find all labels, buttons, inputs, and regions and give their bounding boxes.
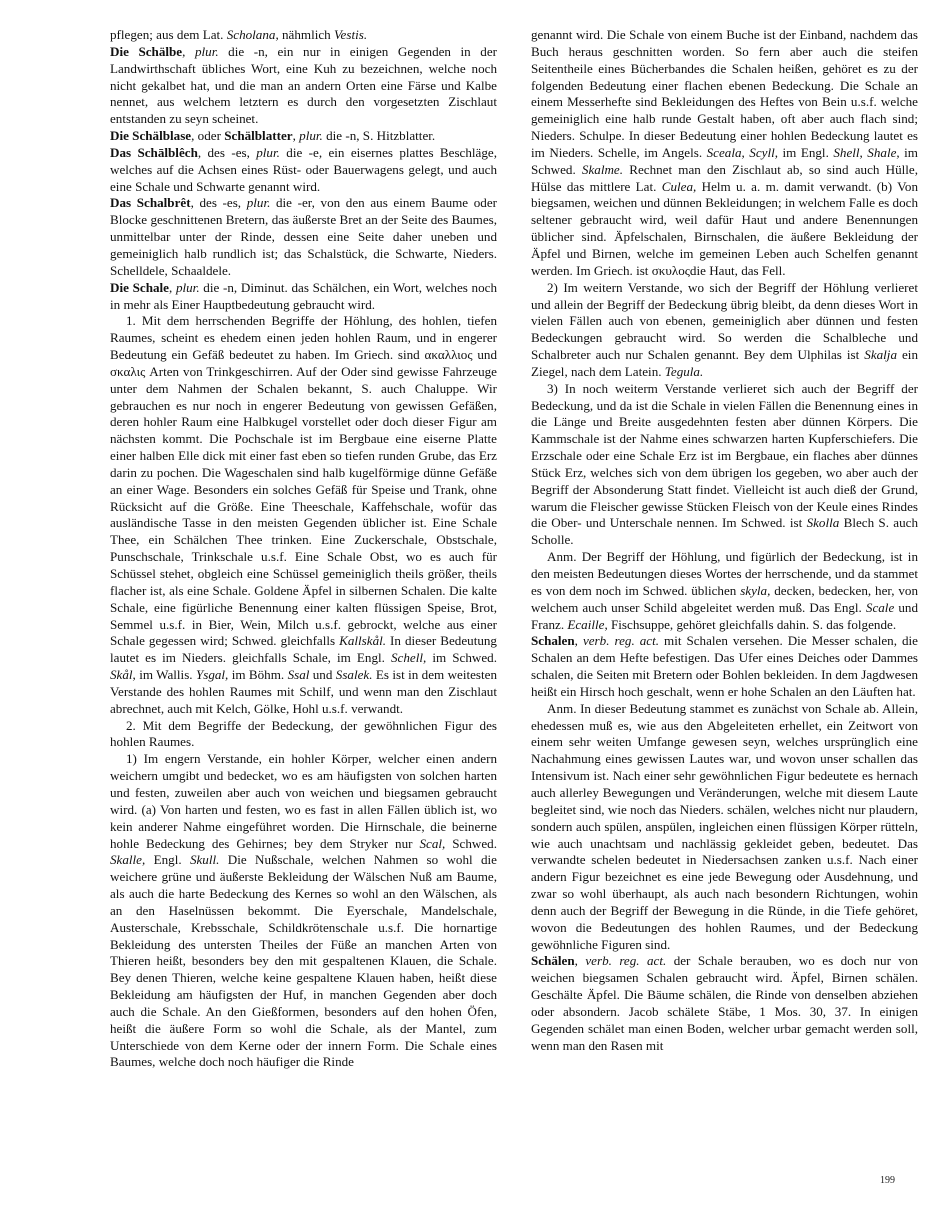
italic-term: Skalle,: [110, 852, 145, 867]
text-run: Fischsuppe, gehöret gleichfalls dahin. S…: [608, 617, 896, 632]
text-run: , des -es,: [198, 145, 256, 160]
dictionary-entry: Schälen, verb. reg. act. der Schale bera…: [531, 953, 918, 1054]
headword: Schalen: [531, 633, 575, 648]
italic-term: Ssalek.: [336, 667, 373, 682]
indented-paragraph: 3) In noch weiterm Verstande verlieret s…: [531, 381, 918, 549]
italic-term: verb. reg. act.: [585, 953, 666, 968]
italic-term: Kallskål.: [339, 633, 386, 648]
dictionary-entry: Die Schale, plur. die -n, Diminut. das S…: [110, 280, 497, 314]
text-run: 3) In noch weiterm Verstande verlieret s…: [531, 381, 918, 531]
text-run: im Böhm.: [228, 667, 287, 682]
text-run: ,: [182, 44, 195, 59]
text-run: nähmlich: [279, 27, 334, 42]
italic-term: Scale: [866, 600, 894, 615]
text-run: ,: [575, 953, 586, 968]
italic-term: skyla,: [740, 583, 770, 598]
headword: Das Schālblêch: [110, 145, 198, 160]
italic-term: Skalja: [864, 347, 897, 362]
italic-term: Ecaille,: [567, 617, 607, 632]
left-column: pflegen; aus dem Lat. Scholana, nähmlich…: [110, 27, 497, 1071]
italic-term: plur.: [247, 195, 271, 210]
indented-paragraph: Anm. Der Begriff der Höhlung, und figürl…: [531, 549, 918, 633]
italic-term: plur.: [195, 44, 219, 59]
headword: Schälblatter: [224, 128, 292, 143]
text-run: genannt wird. Die Schale von einem Buche…: [531, 27, 918, 160]
italic-term: Ssal: [288, 667, 310, 682]
dictionary-page: pflegen; aus dem Lat. Scholana, nähmlich…: [110, 27, 918, 1071]
italic-term: Vestis.: [334, 27, 367, 42]
italic-term: plur.: [176, 280, 200, 295]
text-run: ,: [575, 633, 583, 648]
italic-term: Skål,: [110, 667, 136, 682]
italic-term: Ysgal,: [196, 667, 228, 682]
italic-term: Schell,: [391, 650, 426, 665]
indented-paragraph: 2. Mit dem Begriffe der Bedeckung, der g…: [110, 718, 497, 752]
text-run: Schwed.: [445, 836, 497, 851]
indented-paragraph: 1) Im engern Verstande, ein hohler Körpe…: [110, 751, 497, 1071]
text-run: im Engl.: [778, 145, 833, 160]
dictionary-entry: Schalen, verb. reg. act. mit Schalen ver…: [531, 633, 918, 700]
dictionary-entry: Das Schālblêch, des -es, plur. die -e, e…: [110, 145, 497, 196]
indented-paragraph: 2) Im weitern Verstande, wo sich der Beg…: [531, 280, 918, 381]
page-number: 199: [880, 1175, 895, 1186]
headword: Die Schale: [110, 280, 169, 295]
text-run: 2) Im weitern Verstande, wo sich der Beg…: [531, 280, 918, 362]
italic-term: Tegula.: [665, 364, 703, 379]
headword: Die Schälbe: [110, 44, 182, 59]
italic-term: verb. reg. act.: [583, 633, 659, 648]
continued-paragraph: genannt wird. Die Schale von einem Buche…: [531, 27, 918, 280]
italic-term: Scholana,: [227, 27, 279, 42]
text-run: ,: [169, 280, 176, 295]
headword: Das Schalbrêt: [110, 195, 191, 210]
dictionary-entry: Die Schälblase, oder Schälblatter, plur.…: [110, 128, 497, 145]
italic-term: Culea,: [662, 179, 697, 194]
text-run: Engl.: [145, 852, 190, 867]
text-run: , oder: [191, 128, 224, 143]
italic-term: plur.: [256, 145, 280, 160]
continued-paragraph: pflegen; aus dem Lat. Scholana, nähmlich…: [110, 27, 497, 44]
italic-term: Sceala, Scyll,: [707, 145, 778, 160]
text-run: Anm. In dieser Bedeutung stammet es zunä…: [531, 701, 918, 952]
indented-paragraph: 1. Mit dem herrschenden Begriffe der Höh…: [110, 313, 497, 717]
text-run: 2. Mit dem Begriffe der Bedeckung, der g…: [110, 718, 497, 750]
text-run: 1. Mit dem herrschenden Begriffe der Höh…: [110, 313, 497, 648]
italic-term: Skalme.: [582, 162, 623, 177]
italic-term: Shell, Shale,: [833, 145, 899, 160]
text-run: im Wallis.: [136, 667, 196, 682]
dictionary-entry: Die Schälbe, plur. die -n, ein nur in ei…: [110, 44, 497, 128]
headword: Die Schälblase: [110, 128, 191, 143]
dictionary-entry: Das Schalbrêt, des -es, plur. die -er, v…: [110, 195, 497, 279]
italic-term: plur.: [299, 128, 323, 143]
right-column: genannt wird. Die Schale von einem Buche…: [531, 27, 918, 1071]
italic-term: Scal,: [419, 836, 445, 851]
text-run: im Schwed.: [426, 650, 497, 665]
italic-term: Skolla: [807, 515, 840, 530]
text-run: pflegen; aus dem Lat.: [110, 27, 227, 42]
headword: Schälen: [531, 953, 575, 968]
text-run: die -n, S. Hitzblatter.: [323, 128, 435, 143]
text-run: Die Nußschale, welchen Nahmen so wohl di…: [110, 852, 497, 1069]
text-run: , des -es,: [191, 195, 247, 210]
indented-paragraph: Anm. In dieser Bedeutung stammet es zunä…: [531, 701, 918, 954]
italic-term: Skull.: [190, 852, 219, 867]
text-run: und: [309, 667, 335, 682]
